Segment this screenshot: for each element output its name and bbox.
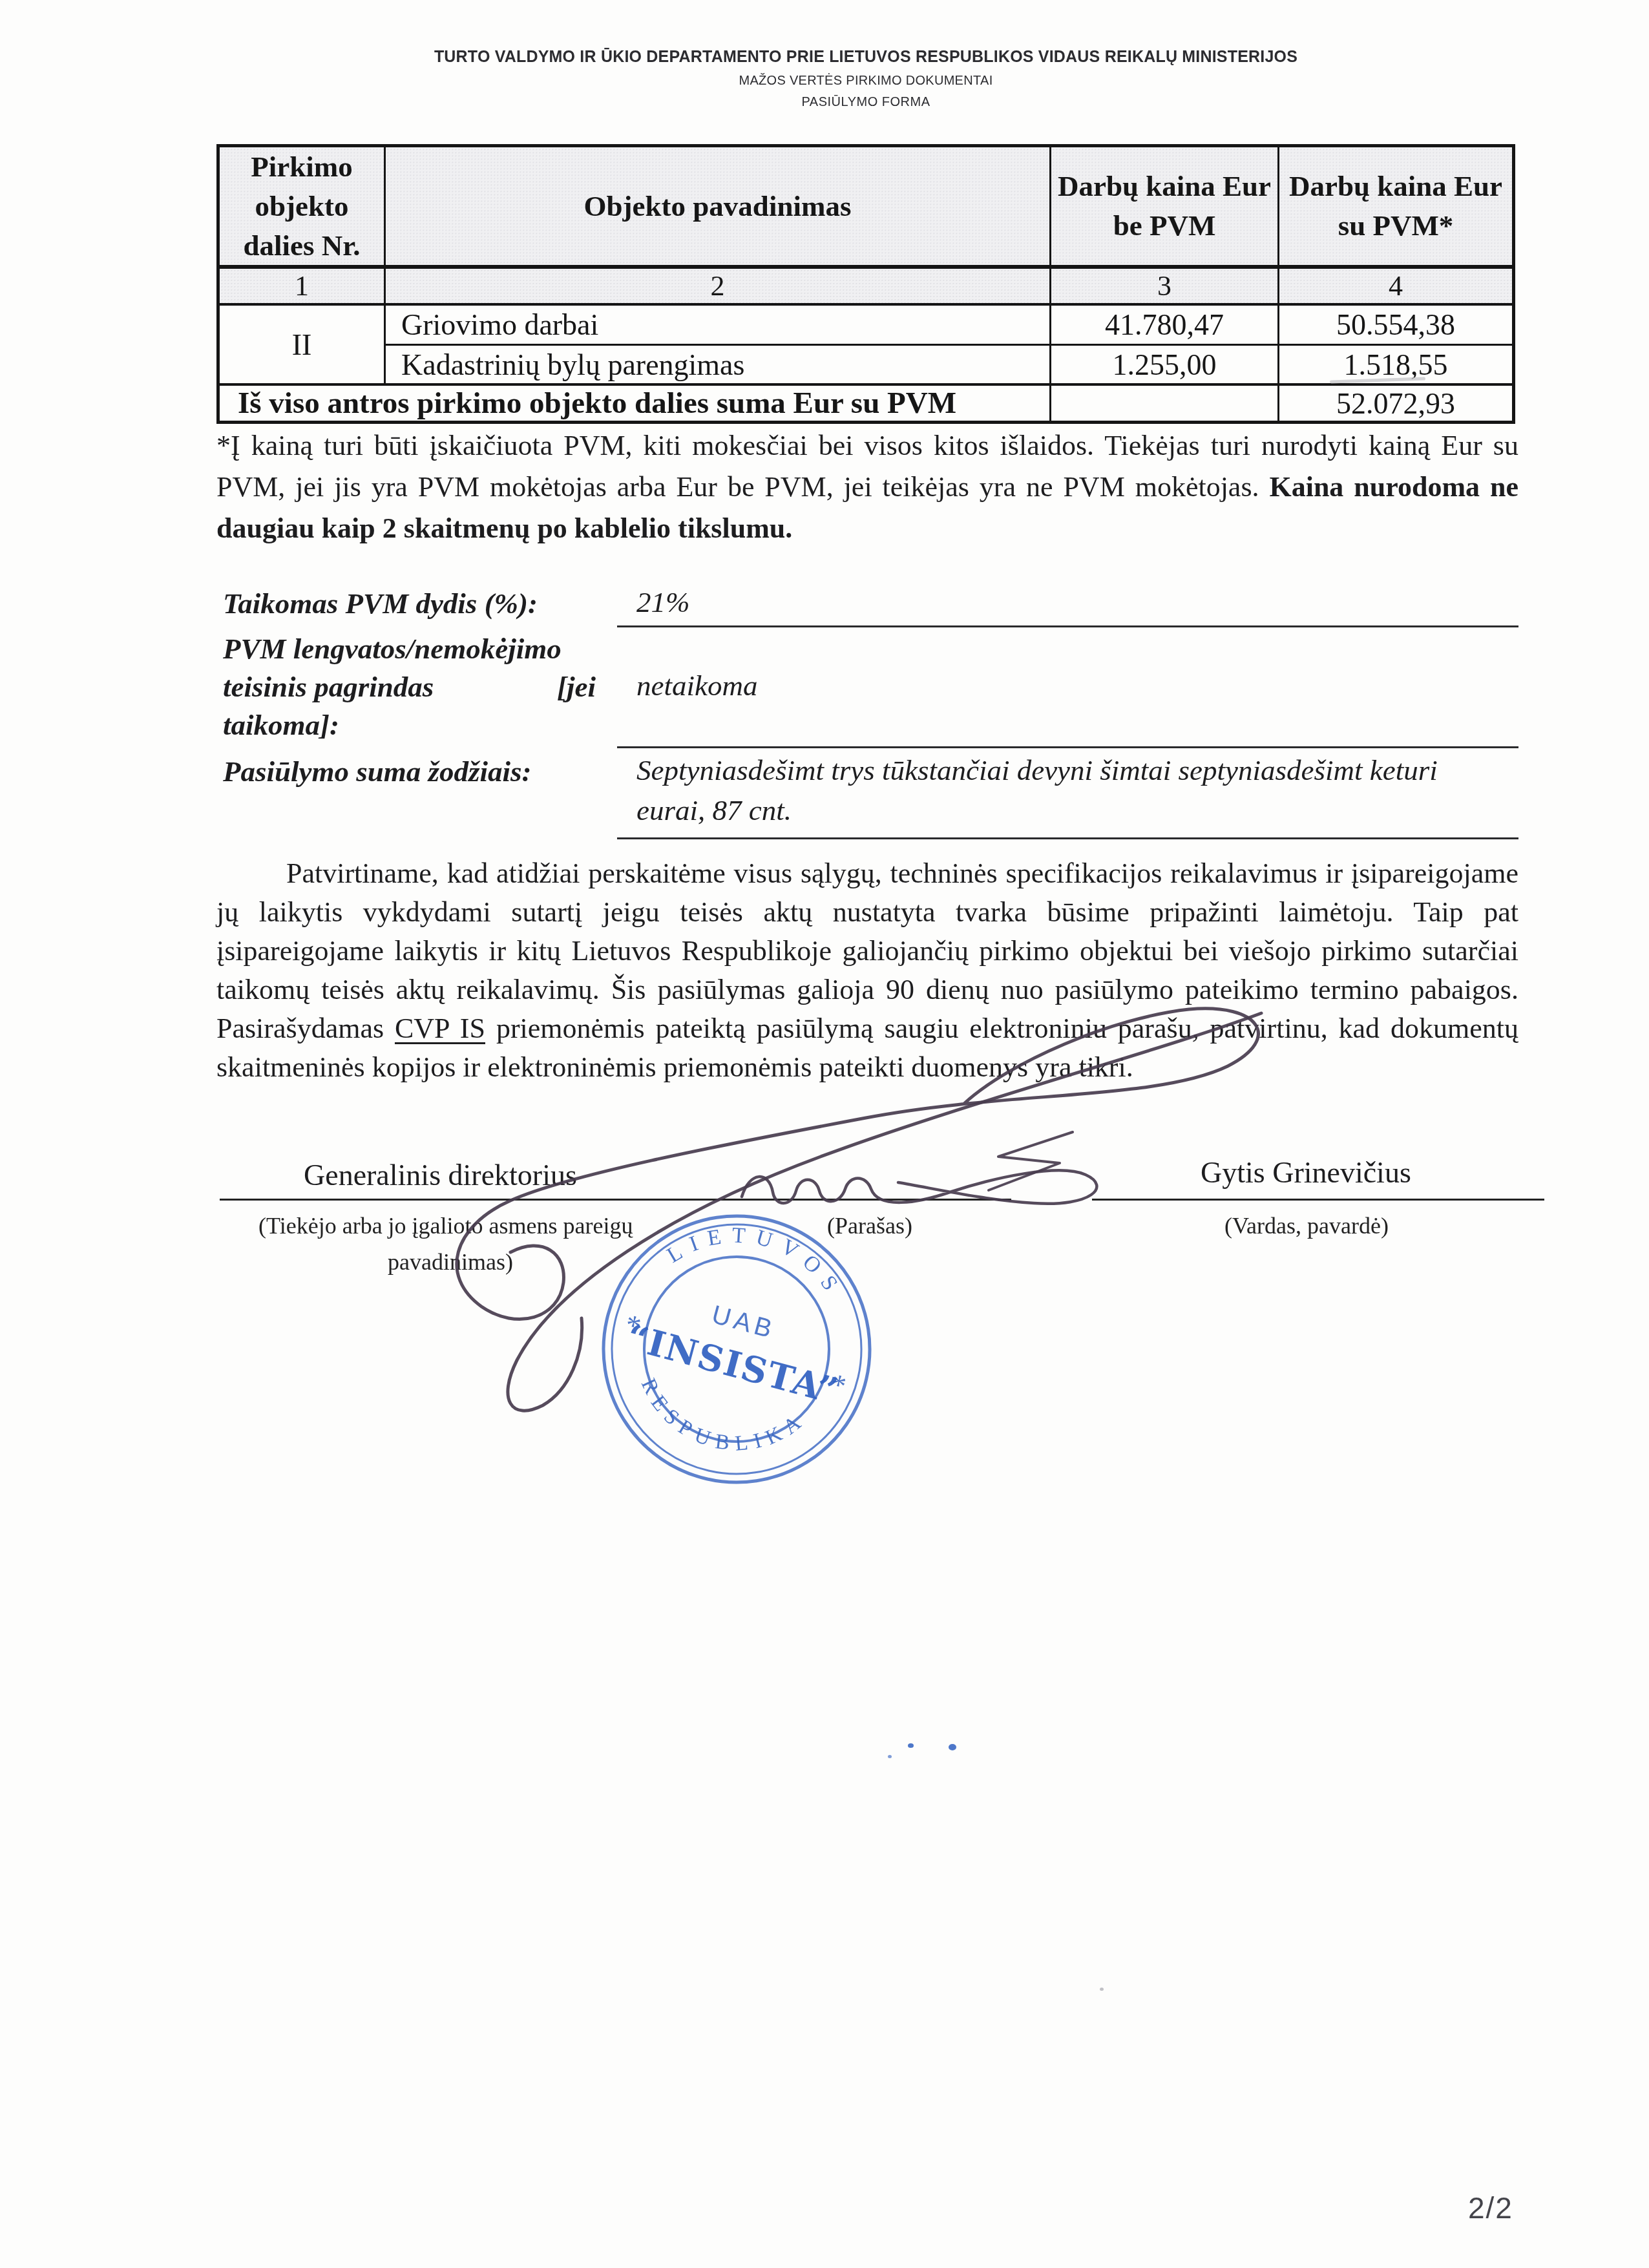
object-name-cell: Griovimo darbai bbox=[385, 304, 1051, 344]
ink-speck bbox=[888, 1755, 892, 1758]
sum-in-words-value-line1: Septyniasdešimt trys tūkstančiai devyni … bbox=[636, 753, 1438, 787]
price-no-vat-cell: 1.255,00 bbox=[1051, 344, 1279, 384]
col-number-1: 1 bbox=[218, 267, 385, 304]
col-number-4: 4 bbox=[1279, 267, 1514, 304]
vat-rate-value: 21% bbox=[636, 585, 690, 619]
object-name-cell: Kadastrinių bylų parengimas bbox=[385, 344, 1051, 384]
part-number-cell: II bbox=[218, 304, 385, 384]
vat-exemption-label-line1: PVM lengvatos/nemokėjimo bbox=[223, 632, 562, 666]
vat-exemption-underline bbox=[617, 746, 1518, 748]
ink-speck bbox=[908, 1743, 914, 1748]
table-row: Kadastrinių bylų parengimas 1.255,00 1.5… bbox=[218, 344, 1514, 384]
document-type-line: MAŽOS VERTĖS PIRKIMO DOKUMENTAI bbox=[216, 74, 1515, 89]
organization-title: TURTO VALDYMO IR ŪKIO DEPARTAMENTO PRIE … bbox=[216, 48, 1515, 67]
page-number: 2/2 bbox=[1468, 2190, 1513, 2225]
table-column-number-row: 1 2 3 4 bbox=[218, 267, 1514, 304]
vat-exemption-label-line2b: [jei bbox=[557, 670, 596, 704]
table-total-row: Iš viso antros pirkimo objekto dalies su… bbox=[218, 384, 1514, 423]
table-row: II Griovimo darbai 41.780,47 50.554,38 bbox=[218, 304, 1514, 344]
table-header-row: Pirkimo objekto dalies Nr. Objekto pavad… bbox=[218, 146, 1514, 268]
ink-speck bbox=[949, 1744, 956, 1750]
form-title: PASIŪLYMO FORMA bbox=[216, 95, 1515, 110]
price-with-vat-cell: 50.554,38 bbox=[1279, 304, 1514, 344]
col-number-2: 2 bbox=[385, 267, 1051, 304]
total-empty-cell bbox=[1051, 384, 1279, 423]
vat-exemption-label-line3: taikoma]: bbox=[223, 708, 339, 742]
price-footnote: *Į kainą turi būti įskaičiuota PVM, kiti… bbox=[216, 425, 1518, 549]
total-label-cell: Iš viso antros pirkimo objekto dalies su… bbox=[218, 384, 1051, 423]
price-no-vat-cell: 41.780,47 bbox=[1051, 304, 1279, 344]
document-header: TURTO VALDYMO IR ŪKIO DEPARTAMENTO PRIE … bbox=[216, 48, 1515, 110]
col-header-object-name: Objekto pavadinimas bbox=[385, 146, 1051, 268]
offer-price-table: Pirkimo objekto dalies Nr. Objekto pavad… bbox=[216, 144, 1515, 424]
vat-rate-label: Taikomas PVM dydis (%): bbox=[223, 587, 538, 620]
vat-rate-underline bbox=[617, 625, 1518, 627]
vat-exemption-value: netaikoma bbox=[636, 669, 757, 702]
signature-scribble bbox=[355, 937, 1325, 1615]
scanned-offer-form-page: TURTO VALDYMO IR ŪKIO DEPARTAMENTO PRIE … bbox=[0, 0, 1649, 2268]
sum-in-words-label: Pasiūlymo suma žodžiais: bbox=[223, 755, 532, 788]
col-header-price-with-vat: Darbų kaina Eur su PVM* bbox=[1279, 146, 1514, 268]
total-value-cell: 52.072,93 bbox=[1279, 384, 1514, 423]
col-header-part-nr: Pirkimo objekto dalies Nr. bbox=[218, 146, 385, 268]
col-number-3: 3 bbox=[1051, 267, 1279, 304]
sum-in-words-underline bbox=[617, 837, 1518, 839]
sum-in-words-value-line2: eurai, 87 cnt. bbox=[636, 793, 792, 827]
vat-exemption-label-line2: teisinis pagrindas bbox=[223, 670, 434, 704]
ink-speck bbox=[1100, 1988, 1104, 1991]
col-header-price-no-vat: Darbų kaina Eur be PVM bbox=[1051, 146, 1279, 268]
